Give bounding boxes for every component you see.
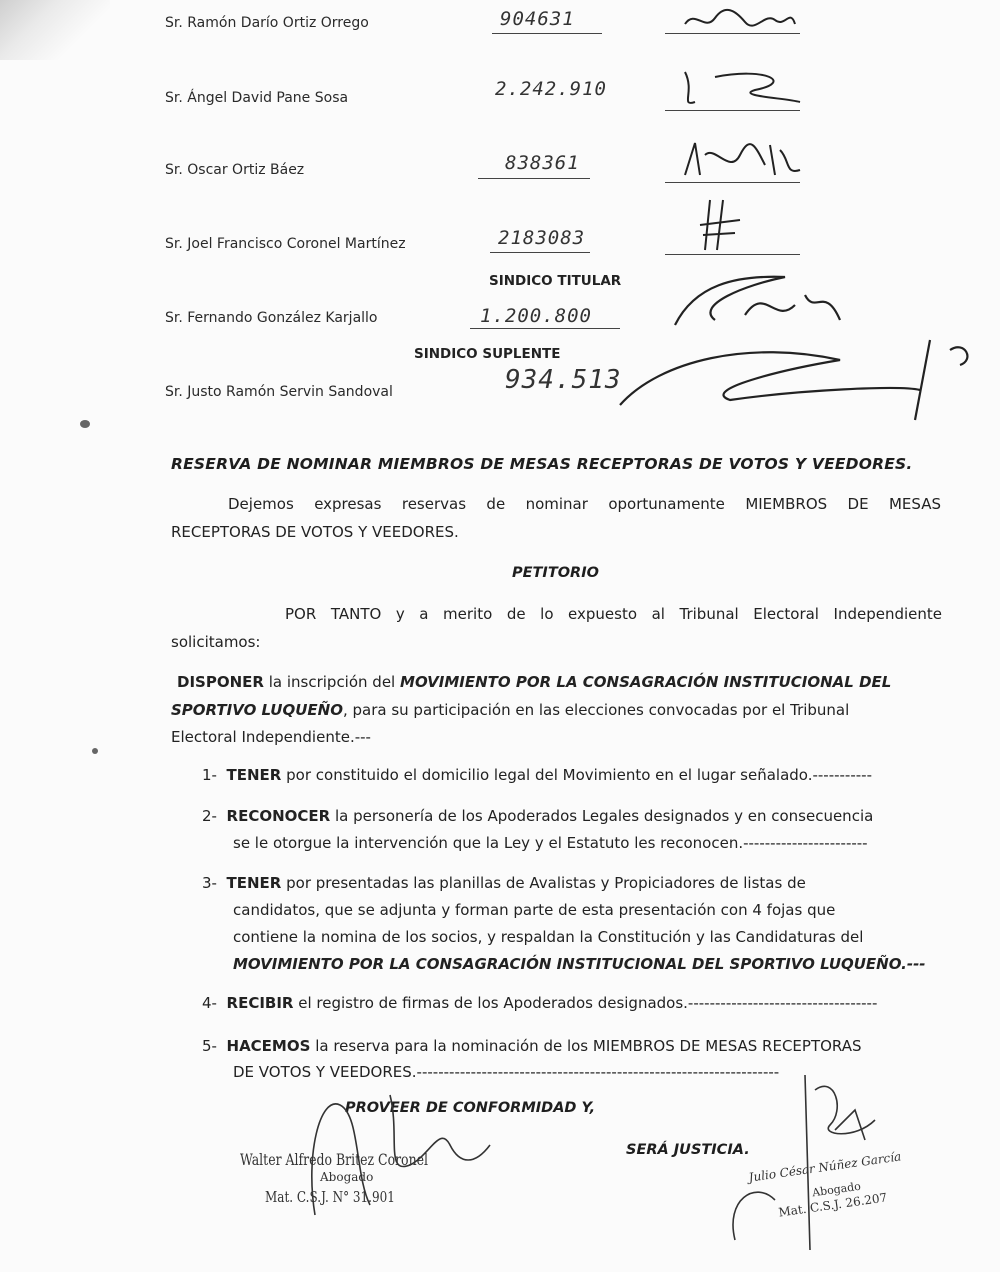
petitorio-item: 2- RECONOCER la personería de los Apoder… — [202, 803, 873, 830]
signatory-name: Sr. Oscar Ortiz Báez — [165, 162, 304, 178]
signatory-id-number: 1.200.800 — [480, 305, 592, 327]
id-underline — [478, 178, 590, 179]
movement-name: MOVIMIENTO POR LA CONSAGRACIÓN INSTITUCI… — [400, 673, 891, 691]
petitorio-intro-line-2: solicitamos: — [171, 628, 260, 656]
item-number: 5- — [202, 1037, 217, 1055]
signatory-id-number: 2183083 — [498, 227, 585, 249]
reserva-line-1: Dejemos expresas reservas de nominar opo… — [228, 490, 941, 518]
disponer-paragraph: DISPONER la inscripción del MOVIMIENTO P… — [177, 668, 942, 696]
disponer-paragraph-line-2: SPORTIVO LUQUEÑO, para su participación … — [171, 696, 942, 724]
id-underline — [490, 252, 590, 253]
item-line: contiene la nomina de los socios, y resp… — [233, 924, 863, 951]
scan-edge-shadow — [0, 0, 110, 60]
petitorio-title: PETITORIO — [512, 565, 599, 581]
item-line: por presentadas las planillas de Avalist… — [286, 874, 806, 892]
signatory-name: Sr. Ángel David Pane Sosa — [165, 90, 348, 106]
scanned-document-page: Sr. Ramón Darío Ortiz Orrego 904631 Sr. … — [0, 0, 1000, 1272]
signature-scribble — [300, 1075, 500, 1225]
item-number: 3- — [202, 874, 217, 892]
item-verb: TENER — [227, 874, 282, 892]
item-line: el registro de firmas de los Apoderados … — [298, 994, 877, 1012]
reserva-title: RESERVA DE NOMINAR MIEMBROS DE MESAS REC… — [171, 455, 912, 473]
signature-scribble — [680, 4, 800, 34]
signature-scribble — [600, 330, 980, 425]
item-verb: HACEMOS — [227, 1037, 311, 1055]
scan-speck — [80, 420, 90, 428]
signature-scribble — [675, 135, 805, 185]
item-verb: TENER — [227, 766, 282, 784]
reserva-line-2: RECEPTORAS DE VOTOS Y VEEDORES. — [171, 518, 459, 546]
signatory-name: Sr. Ramón Darío Ortiz Orrego — [165, 15, 369, 31]
role-heading: SINDICO SUPLENTE — [414, 346, 561, 362]
petitorio-item: 1- TENER por constituido el domicilio le… — [202, 762, 872, 789]
petitorio-intro-line-1: POR TANTO y a merito de lo expuesto al T… — [285, 600, 942, 628]
signatory-name: Sr. Justo Ramón Servin Sandoval — [165, 384, 393, 400]
signatory-id-number: 838361 — [505, 152, 580, 174]
signatory-id-number: 904631 — [500, 8, 575, 30]
item-line: se le otorgue la intervención que la Ley… — [233, 830, 868, 857]
signature-scribble — [715, 1070, 915, 1260]
signatory-name: Sr. Fernando González Karjallo — [165, 310, 378, 326]
signature-scribble — [695, 195, 745, 255]
item-line-movement: MOVIMIENTO POR LA CONSAGRACIÓN INSTITUCI… — [233, 951, 926, 978]
item-verb: RECIBIR — [227, 994, 294, 1012]
disponer-verb: DISPONER — [177, 673, 264, 691]
signature-scribble — [675, 62, 815, 112]
item-number: 1- — [202, 766, 217, 784]
item-line: candidatos, que se adjunta y forman part… — [233, 897, 835, 924]
item-line: la personería de los Apoderados Legales … — [335, 807, 873, 825]
signatory-id-number: 2.242.910 — [495, 78, 607, 100]
disponer-text: la inscripción del — [269, 673, 396, 691]
item-line: la reserva para la nominación de los MIE… — [315, 1037, 861, 1055]
item-line: por constituido el domicilio legal del M… — [286, 766, 872, 784]
id-underline — [492, 33, 602, 34]
petitorio-item: 3- TENER por presentadas las planillas d… — [202, 870, 806, 897]
signature-scribble — [655, 265, 855, 335]
id-underline — [470, 328, 620, 329]
disponer-text-b: , para su participación en las eleccione… — [343, 701, 849, 719]
disponer-line-3: Electoral Independiente.--- — [171, 723, 371, 751]
item-number: 4- — [202, 994, 217, 1012]
petitorio-item: 4- RECIBIR el registro de firmas de los … — [202, 990, 877, 1017]
role-heading: SINDICO TITULAR — [489, 273, 621, 289]
item-number: 2- — [202, 807, 217, 825]
signatory-name: Sr. Joel Francisco Coronel Martínez — [165, 236, 406, 252]
scan-speck — [92, 748, 98, 754]
petitorio-item: 5- HACEMOS la reserva para la nominación… — [202, 1033, 862, 1060]
movement-name-end: SPORTIVO LUQUEÑO — [171, 701, 343, 719]
item-verb: RECONOCER — [227, 807, 331, 825]
